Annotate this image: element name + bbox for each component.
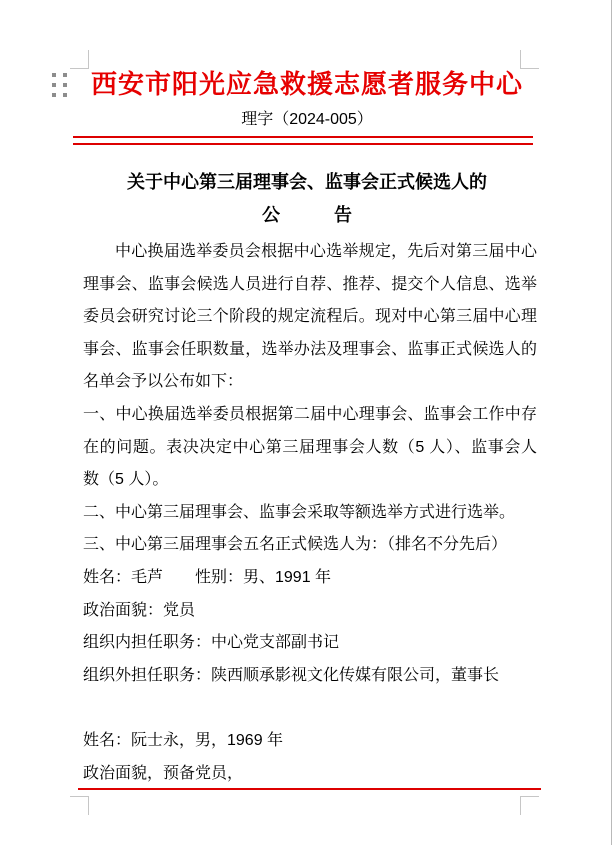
body-line: 在的问题。表决决定中心第三届理事会人数（5 人）、监事会人 [83,432,537,465]
body-line: 姓名：毛芦 性别：男、1991 年 [83,562,537,595]
body-line: 数（5 人）。 [83,464,537,497]
header-double-rule [73,136,533,145]
body-line: 政治面貌：党员 [83,595,537,628]
body-line: 名单会予以公布如下： [83,366,537,399]
body-line: 事会、监事会任职数量，选举办法及理事会、监事正式候选人的 [83,334,537,367]
notice-title-line2: 公 告 [80,199,534,232]
crop-mark-bottom-right-icon [520,796,539,815]
document-page[interactable]: 西安市阳光应急救援志愿者服务中心 理字（2024-005） 关于中心第三届理事会… [0,0,614,845]
body-line: 姓名：阮士永，男，1969 年 [83,725,537,758]
body-line: 组织内担任职务：中心党支部副书记 [83,627,537,660]
doc-number: 理字（2024-005） [0,106,614,129]
body-line: 委员会研究讨论三个阶段的规定流程后。现对中心第三届中心理 [83,301,537,334]
notice-title: 关于中心第三届理事会、监事会正式候选人的 公 告 [80,166,534,232]
body-line: 中心换届选举委员会根据中心选举规定，先后对第三届中心 [83,236,537,269]
body-line: 理事会、监事会候选人员进行自荐、推荐、提交个人信息、选举 [83,269,537,302]
body-line: 二、中心第三届理事会、监事会采取等额选举方式进行选举。 [83,497,537,530]
body-line-blank [83,692,537,725]
body-line: 组织外担任职务：陕西顺承影视文化传媒有限公司，董事长 [83,660,537,693]
document-body[interactable]: 中心换届选举委员会根据中心选举规定，先后对第三届中心 理事会、监事会候选人员进行… [83,236,537,790]
crop-mark-bottom-left-icon [70,796,89,815]
org-title: 西安市阳光应急救援志愿者服务中心 [0,64,614,101]
notice-title-line1: 关于中心第三届理事会、监事会正式候选人的 [80,166,534,199]
body-line: 一、中心换届选举委员根据第二届中心理事会、监事会工作中存 [83,399,537,432]
body-line: 政治面貌，预备党员， [83,758,537,791]
body-line: 三、中心第三届理事会五名正式候选人为：（排名不分先后） [83,529,537,562]
footer-rule [78,788,541,790]
